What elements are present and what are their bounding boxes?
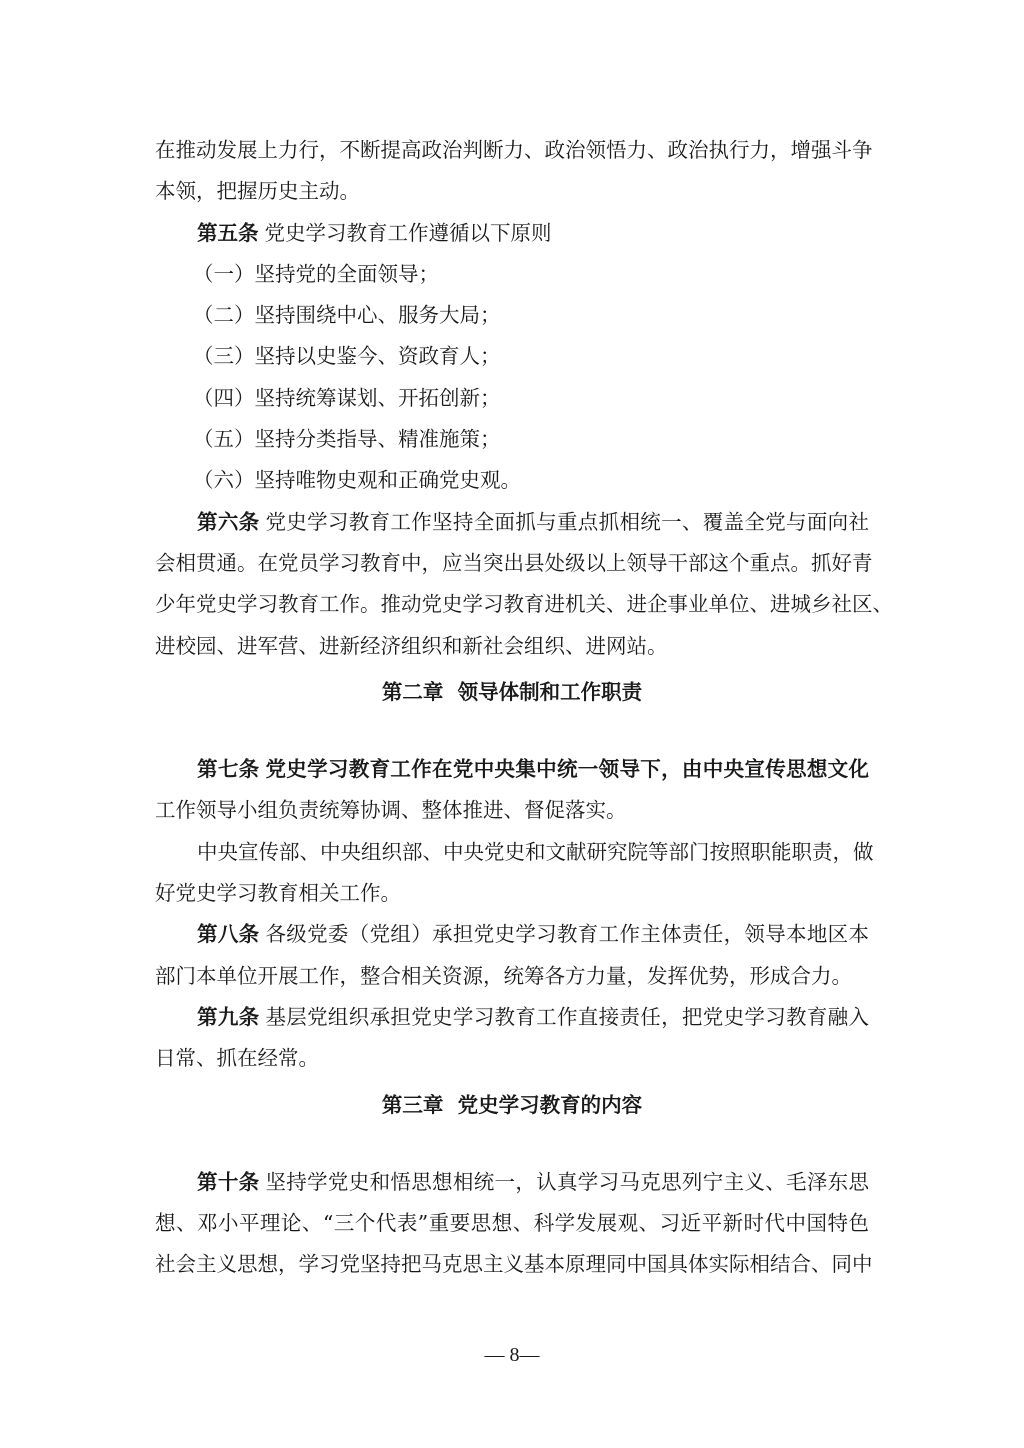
principle-item: （二）坚持围绕中心、服务大局； bbox=[155, 295, 869, 336]
article-text: 基层党组织承担党史学习教育工作直接责任，把党史学习教育融入 bbox=[265, 1005, 869, 1029]
chapter-3-title: 第三章 党史学习教育的内容 bbox=[155, 1085, 869, 1126]
paragraph-line: 部门本单位开展工作，整合相关资源，统筹各方力量，发挥优势，形成合力。 bbox=[155, 956, 869, 997]
paragraph-line: 进校园、进军营、进新经济组织和新社会组织、进网站。 bbox=[155, 626, 869, 667]
article-text: 各级党委（党组）承担党史学习教育工作主体责任，领导本地区本 bbox=[265, 922, 869, 946]
principle-item: （四）坚持统筹谋划、开拓创新； bbox=[155, 378, 869, 419]
principle-item: （五）坚持分类指导、精准施策； bbox=[155, 419, 869, 460]
paragraph-line: 少年党史学习教育工作。推动党史学习教育进机关、进企事业单位、进城乡社区、 bbox=[155, 584, 869, 625]
spacer bbox=[155, 713, 869, 749]
document-page: 在推动发展上力行，不断提高政治判断力、政治领悟力、政治执行力，增强斗争 本领，把… bbox=[155, 130, 869, 1286]
paragraph-line: 社会主义思想，学习党坚持把马克思主义基本原理同中国具体实际相结合、同中 bbox=[155, 1244, 869, 1285]
paragraph-line: 本领，把握历史主动。 bbox=[155, 171, 869, 212]
paragraph-line: 想、邓小平理论、“三个代表”重要思想、科学发展观、习近平新时代中国特色 bbox=[155, 1203, 869, 1244]
article-text: 党史学习教育工作遵循以下原则 bbox=[265, 221, 552, 245]
article-label: 第六条 bbox=[197, 510, 259, 534]
article-text: 党史学习教育工作在党中央集中统一领导下，由中央宣传思想文化 bbox=[265, 757, 869, 781]
paragraph-line: 中央宣传部、中央组织部、中央党史和文献研究院等部门按照职能职责，做 bbox=[155, 832, 869, 873]
article-7-first-line: 第七条党史学习教育工作在党中央集中统一领导下，由中央宣传思想文化 bbox=[155, 749, 869, 790]
article-10-first-line: 第十条坚持学党史和悟思想相统一，认真学习马克思列宁主义、毛泽东思 bbox=[155, 1162, 869, 1203]
principle-item: （一）坚持党的全面领导； bbox=[155, 254, 869, 295]
article-label: 第五条 bbox=[197, 221, 259, 245]
principle-item: （六）坚持唯物史观和正确党史观。 bbox=[155, 460, 869, 501]
article-label: 第九条 bbox=[197, 1005, 259, 1029]
page-number: — 8— bbox=[0, 1344, 1024, 1367]
spacer bbox=[155, 1126, 869, 1162]
article-label: 第八条 bbox=[197, 922, 259, 946]
article-9-first-line: 第九条基层党组织承担党史学习教育工作直接责任，把党史学习教育融入 bbox=[155, 997, 869, 1038]
article-label: 第十条 bbox=[197, 1170, 259, 1194]
article-text: 坚持学党史和悟思想相统一，认真学习马克思列宁主义、毛泽东思 bbox=[265, 1170, 869, 1194]
paragraph-line: 好党史学习教育相关工作。 bbox=[155, 873, 869, 914]
paragraph-line: 会相贯通。在党员学习教育中，应当突出县处级以上领导干部这个重点。抓好青 bbox=[155, 543, 869, 584]
chapter-2-title: 第二章 领导体制和工作职责 bbox=[155, 672, 869, 713]
paragraph-line: 工作领导小组负责统筹协调、整体推进、督促落实。 bbox=[155, 790, 869, 831]
article-label: 第七条 bbox=[197, 757, 259, 781]
principle-item: （三）坚持以史鉴今、资政育人； bbox=[155, 336, 869, 377]
article-5-heading: 第五条党史学习教育工作遵循以下原则 bbox=[155, 213, 869, 254]
article-8-first-line: 第八条各级党委（党组）承担党史学习教育工作主体责任，领导本地区本 bbox=[155, 914, 869, 955]
article-6-first-line: 第六条党史学习教育工作坚持全面抓与重点抓相统一、覆盖全党与面向社 bbox=[155, 502, 869, 543]
paragraph-line: 日常、抓在经常。 bbox=[155, 1038, 869, 1079]
paragraph-line: 在推动发展上力行，不断提高政治判断力、政治领悟力、政治执行力，增强斗争 bbox=[155, 130, 869, 171]
article-text: 党史学习教育工作坚持全面抓与重点抓相统一、覆盖全党与面向社 bbox=[265, 510, 869, 534]
